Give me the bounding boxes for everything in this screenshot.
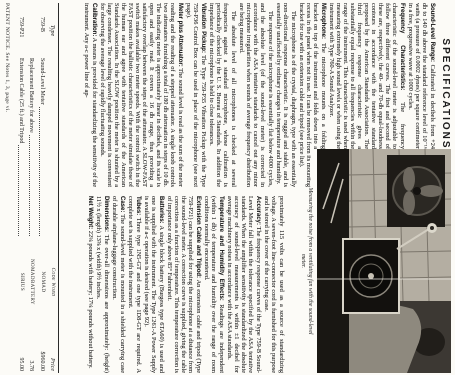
spec-label: Tubes: <box>135 196 141 215</box>
spec-paragraph: Temperature and Humidity Effects: Readin… <box>203 196 225 373</box>
sound-level-meter-device <box>343 239 399 313</box>
photo-caption: Measuring the noise from a ventilating f… <box>299 182 313 340</box>
spec-label: Frequency Characteristics: <box>399 3 405 91</box>
spec-text: The absolute level of all microphones is… <box>208 3 237 187</box>
table-header-row: Type Code Word Price <box>48 3 56 373</box>
row-description-text: Sound-Level Meter <box>38 58 46 105</box>
price-table: Type Code Word Price 759-B Sound-Level M… <box>15 3 60 373</box>
scanned-catalog-page: SPECIFICATIONS <box>0 0 455 375</box>
spec-paragraph: Case: The sound-level meter is mounted i… <box>111 196 126 373</box>
spec-label: Extension Cable and Tripod: <box>195 196 201 278</box>
spec-paragraph: Extension Cable and Tripod: An extension… <box>166 196 202 373</box>
spec-text: The microphone is of the crystal, diaphr… <box>275 3 297 187</box>
row-type: 759-B <box>38 3 46 58</box>
spec-label: Microphone: <box>320 3 326 39</box>
spec-label: Sound-Level Range: <box>429 3 435 62</box>
row-code-word: NOMAD <box>38 239 46 325</box>
spec-label: Net Weight: <box>87 196 93 229</box>
spec-label: Case: <box>119 196 125 212</box>
spec-paragraph: Accuracy: The frequency response curves … <box>226 196 262 373</box>
spec-text: Three type 1N5-GT and one type 1D8-GT ar… <box>127 196 142 373</box>
spec-paragraph: The microphone is of the crystal, diaphr… <box>275 3 297 187</box>
spec-paragraph: Dimensions: The over-all dimensions are … <box>95 196 110 373</box>
spec-text: The frequency characteristic of the soun… <box>328 3 406 149</box>
row-code-word: NOMADBATTERY <box>28 239 36 325</box>
spec-paragraph: Vibration Pickup: The Type 759-P35 Vibra… <box>185 3 207 187</box>
spec-column-right: proximately 115 volts can be used as a s… <box>59 196 285 373</box>
dot-leader <box>19 145 20 236</box>
row-description-text: Extension Cable (25 ft.) and Tripod <box>17 58 25 143</box>
row-price: 3.78 <box>28 325 36 373</box>
spec-column-left: Sound-Level Range: Calibrated in decibel… <box>58 3 436 187</box>
row-code-word: SIRIUS <box>17 239 25 325</box>
row-description-text: Replacement Battery for above <box>28 58 36 133</box>
patent-notice: PATENT NOTICE. See Notes 1, 3, page vi. <box>4 3 10 223</box>
table-row: 759-B Sound-Level Meter NOMAD $960.00 <box>38 3 46 373</box>
row-price: 95.00 <box>17 325 25 373</box>
header-price: Price <box>48 325 56 373</box>
spec-text: proximately 115 volts can be used as a s… <box>263 196 285 373</box>
spec-paragraph: proximately 115 volts can be used as a s… <box>263 196 285 373</box>
dot-leader <box>40 107 41 236</box>
spec-text: The sound level is read as the sum of th… <box>99 3 184 187</box>
spec-label: Temperature and Humidity Effects: <box>218 196 224 301</box>
spec-text: 22¼ pounds with battery; 17¼ pounds with… <box>87 229 94 368</box>
header-code-word: Code Word <box>48 239 56 325</box>
spec-paragraph: Meter plus Attenuator: The sound level i… <box>99 3 184 187</box>
spec-label: Batteries: <box>158 196 164 224</box>
row-description: Replacement Battery for above <box>28 58 36 239</box>
spec-text: The response of the microphone is essent… <box>238 3 274 187</box>
table-row: Replacement Battery for above NOMADBATTE… <box>28 3 36 373</box>
table-top-rule <box>58 3 59 373</box>
spec-label: Meter plus Attenuator: <box>177 3 183 67</box>
row-description: Sound-Level Meter <box>38 58 46 239</box>
row-type: 759-P21 <box>17 3 25 58</box>
row-price: $960.00 <box>38 325 46 373</box>
spec-paragraph: The response of the microphone is essent… <box>238 3 274 187</box>
header-type: Type <box>48 3 56 58</box>
catalog-page-rotated: SPECIFICATIONS <box>0 0 455 375</box>
spec-text: The sound-level meter is mounted in a sh… <box>111 196 126 373</box>
spec-paragraph: The absolute level of all microphones is… <box>208 3 237 187</box>
spec-paragraph: Net Weight: 22¼ pounds with battery; 17¼… <box>86 196 94 373</box>
patent-notice-text: PATENT NOTICE. See Notes 1, 3, page vi. <box>4 3 10 112</box>
dot-leader <box>29 135 30 236</box>
spec-paragraph: Batteries: A single block battery (Burge… <box>143 196 165 373</box>
spec-label: Accuracy: <box>255 196 261 225</box>
spec-paragraph: Tubes: Three type 1N5-GT and one type 1D… <box>127 196 142 373</box>
spec-label: Calibration: <box>91 3 97 36</box>
row-description: Extension Cable (25 ft.) and Tripod <box>17 58 25 239</box>
table-row: 759-P21 Extension Cable (25 ft.) and Tri… <box>17 3 25 373</box>
spec-paragraph: Calibration: A means is provided for sta… <box>83 3 98 187</box>
photo-wrap-spacer <box>316 149 436 187</box>
spec-label: Vibration Pickup: <box>200 3 206 53</box>
spec-label: Dimensions: <box>103 196 109 232</box>
